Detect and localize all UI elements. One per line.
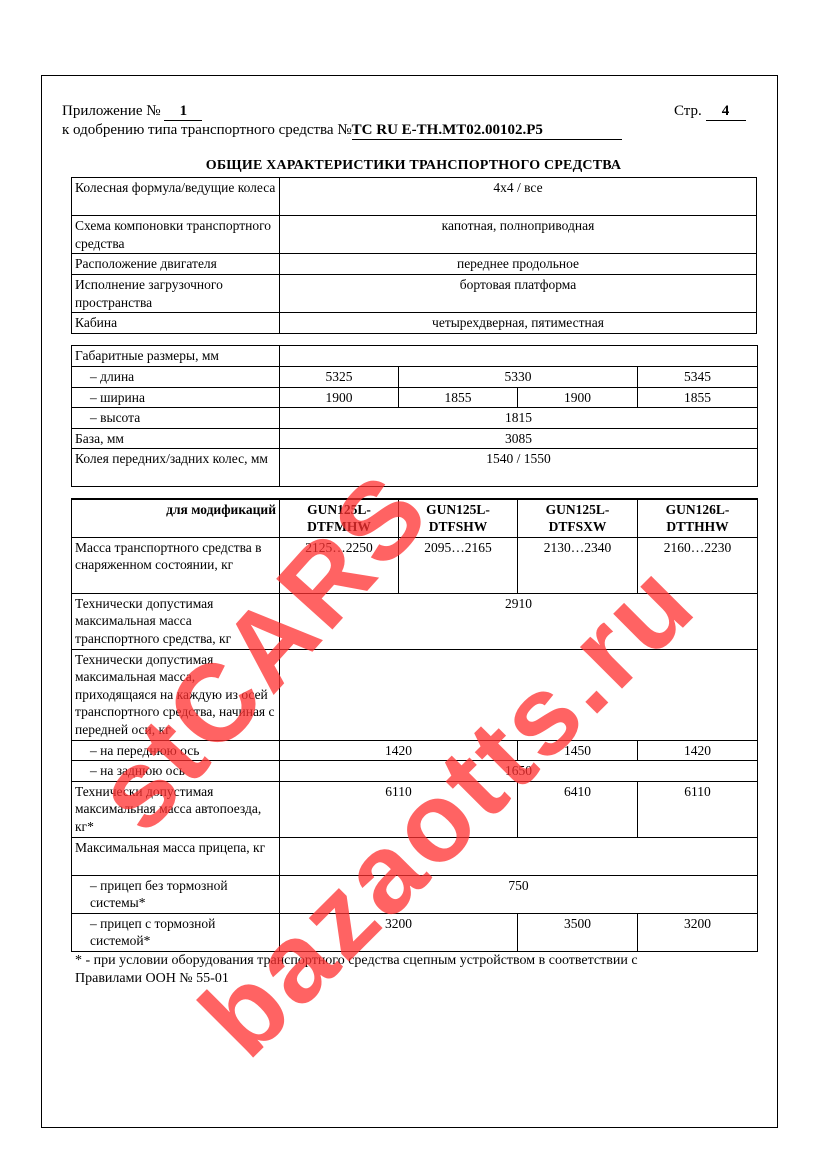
- row-label: Масса транспортного средства в снаряженн…: [72, 537, 280, 593]
- cell-value: 1855: [638, 387, 758, 408]
- row-label: Максимальная масса прицепа, кг: [72, 837, 280, 875]
- cell-value: 1900: [518, 387, 638, 408]
- table-row: – длина 5325 5330 5345: [72, 367, 758, 388]
- cell-value: 1650: [280, 761, 758, 782]
- cell-value: 5345: [638, 367, 758, 388]
- row-label: – ширина: [72, 387, 280, 408]
- appendix-number: 1: [164, 103, 202, 121]
- cell-value: 1815: [280, 408, 758, 429]
- table-row: – прицеп с тормозной системой* 3200 3500…: [72, 913, 758, 951]
- table-row: Колесная формула/ведущие колеса 4x4 / вс…: [72, 178, 757, 216]
- cell-value: 1540 / 1550: [280, 449, 758, 487]
- row-value: 4x4 / все: [280, 178, 757, 216]
- table-row: Исполнение загрузочного пространства бор…: [72, 275, 757, 313]
- page-label: Стр.: [674, 103, 702, 119]
- masses-table: для модификаций GUN125L-DTFMHW GUN125L-D…: [71, 498, 758, 952]
- cell-value: 2130…2340: [518, 537, 638, 593]
- page-title: ОБЩИЕ ХАРАКТЕРИСТИКИ ТРАНСПОРТНОГО СРЕДС…: [0, 158, 827, 174]
- general-table: Колесная формула/ведущие колеса 4x4 / вс…: [71, 177, 757, 334]
- row-value: переднее продольное: [280, 254, 757, 275]
- footnote-line: * - при условии оборудования транспортно…: [75, 952, 638, 970]
- cell-value: 3500: [518, 913, 638, 951]
- table-row: Максимальная масса прицепа, кг: [72, 837, 758, 875]
- cell-value: [280, 649, 758, 740]
- cell-value: 1855: [399, 387, 518, 408]
- cell-value: 3200: [280, 913, 518, 951]
- table-row: Технически допустимая максимальная масса…: [72, 593, 758, 649]
- cell-value: [280, 837, 758, 875]
- row-label: – прицеп с тормозной системой*: [72, 913, 280, 951]
- cell-value: 3085: [280, 428, 758, 449]
- row-label: – на заднюю ось: [72, 761, 280, 782]
- cell-value: 2095…2165: [399, 537, 518, 593]
- modification-header: GUN125L-DTFSHW: [399, 499, 518, 537]
- cell-value: 1420: [638, 740, 758, 761]
- modifications-label: для модификаций: [72, 499, 280, 537]
- table-row: Кабина четырехдверная, пятиместная: [72, 313, 757, 334]
- table-row: – на переднюю ось 1420 1450 1420: [72, 740, 758, 761]
- cell-value: 5330: [399, 367, 638, 388]
- cell-value: 5325: [280, 367, 399, 388]
- row-label: Технически допустимая максимальная масса…: [72, 649, 280, 740]
- approval-line: к одобрению типа транспортного средства …: [62, 122, 622, 140]
- cell-value: 1420: [280, 740, 518, 761]
- cell-value: 6410: [518, 781, 638, 837]
- cell-value: 3200: [638, 913, 758, 951]
- row-label: Технически допустимая максимальная масса…: [72, 781, 280, 837]
- row-label: Расположение двигателя: [72, 254, 280, 275]
- approval-label: к одобрению типа транспортного средства …: [62, 122, 352, 138]
- page-number: 4: [706, 103, 746, 121]
- row-label: Технически допустимая максимальная масса…: [72, 593, 280, 649]
- cell-value: 2160…2230: [638, 537, 758, 593]
- row-label: Исполнение загрузочного пространства: [72, 275, 280, 313]
- cell-value: 2910: [280, 593, 758, 649]
- table-row: Схема компоновки транспортного средства …: [72, 216, 757, 254]
- cell-value: 1450: [518, 740, 638, 761]
- modification-header: GUN125L-DTFSXW: [518, 499, 638, 537]
- row-label: – прицеп без тормозной системы*: [72, 875, 280, 913]
- table-row: Технически допустимая максимальная масса…: [72, 781, 758, 837]
- cell-value: 2125…2250: [280, 537, 399, 593]
- row-label: – высота: [72, 408, 280, 429]
- table-row: – ширина 1900 1855 1900 1855: [72, 387, 758, 408]
- appendix-line: Приложение № 1: [62, 103, 202, 121]
- page-line: Стр. 4: [674, 103, 746, 121]
- table-row: – прицеп без тормозной системы* 750: [72, 875, 758, 913]
- row-label: Колесная формула/ведущие колеса: [72, 178, 280, 216]
- table-row: Технически допустимая максимальная масса…: [72, 649, 758, 740]
- footnote: * - при условии оборудования транспортно…: [75, 952, 638, 988]
- table-row: Габаритные размеры, мм: [72, 346, 758, 367]
- table-row: – на заднюю ось 1650: [72, 761, 758, 782]
- dimensions-table: Габаритные размеры, мм – длина 5325 5330…: [71, 345, 758, 487]
- cell-value: 6110: [638, 781, 758, 837]
- table-header-row: для модификаций GUN125L-DTFMHW GUN125L-D…: [72, 499, 758, 537]
- row-value: [280, 346, 758, 367]
- footnote-line: Правилами ООН № 55-01: [75, 970, 638, 988]
- row-value: капотная, полноприводная: [280, 216, 757, 254]
- cell-value: 6110: [280, 781, 518, 837]
- table-row: Масса транспортного средства в снаряженн…: [72, 537, 758, 593]
- row-label: – на переднюю ось: [72, 740, 280, 761]
- row-label: Схема компоновки транспортного средства: [72, 216, 280, 254]
- row-value: четырехдверная, пятиместная: [280, 313, 757, 334]
- row-label: Колея передних/задних колес, мм: [72, 449, 280, 487]
- row-label: Габаритные размеры, мм: [72, 346, 280, 367]
- row-label: База, мм: [72, 428, 280, 449]
- table-row: Расположение двигателя переднее продольн…: [72, 254, 757, 275]
- table-row: – высота 1815: [72, 408, 758, 429]
- appendix-label: Приложение №: [62, 103, 161, 119]
- row-label: Кабина: [72, 313, 280, 334]
- approval-number: ТС RU E-TH.MT02.00102.P5: [352, 122, 622, 140]
- cell-value: 1900: [280, 387, 399, 408]
- table-row: База, мм 3085: [72, 428, 758, 449]
- modification-header: GUN126L-DTTHHW: [638, 499, 758, 537]
- cell-value: 750: [280, 875, 758, 913]
- row-label: – длина: [72, 367, 280, 388]
- modification-header: GUN125L-DTFMHW: [280, 499, 399, 537]
- table-row: Колея передних/задних колес, мм 1540 / 1…: [72, 449, 758, 487]
- row-value: бортовая платформа: [280, 275, 757, 313]
